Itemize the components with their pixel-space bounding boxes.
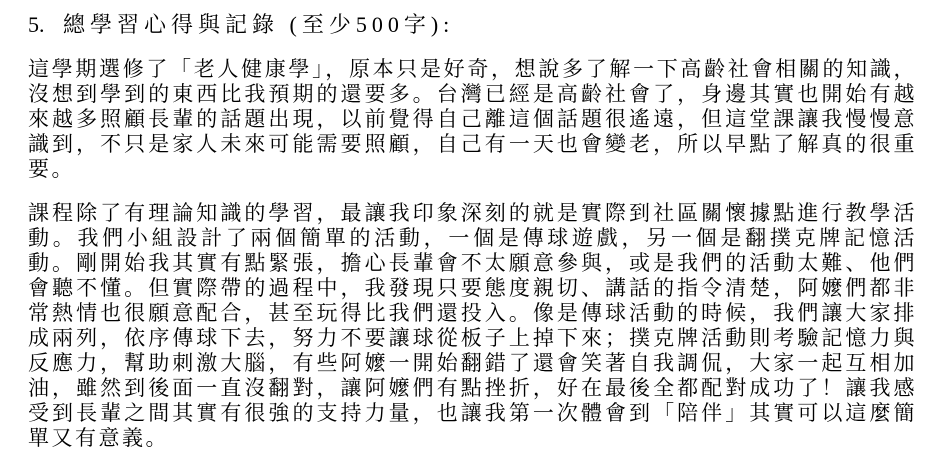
section-title: 總學習心得與記錄 (至少500字):	[63, 12, 454, 37]
paragraph-course-motivation: 這學期選修了「老人健康學」，原本只是好奇，想說多了解一下高齡社會相關的知識，沒想…	[28, 57, 917, 182]
document-page: 5.總學習心得與記錄 (至少500字): 這學期選修了「老人健康學」，原本只是好…	[0, 0, 945, 465]
paragraph-community-teaching-reflection: 課程除了有理論知識的學習，最讓我印象深刻的就是實際到社區關懷據點進行教學活動。我…	[28, 201, 917, 451]
section-number: 5.	[28, 12, 63, 38]
section-heading: 5.總學習心得與記錄 (至少500字):	[28, 12, 917, 38]
